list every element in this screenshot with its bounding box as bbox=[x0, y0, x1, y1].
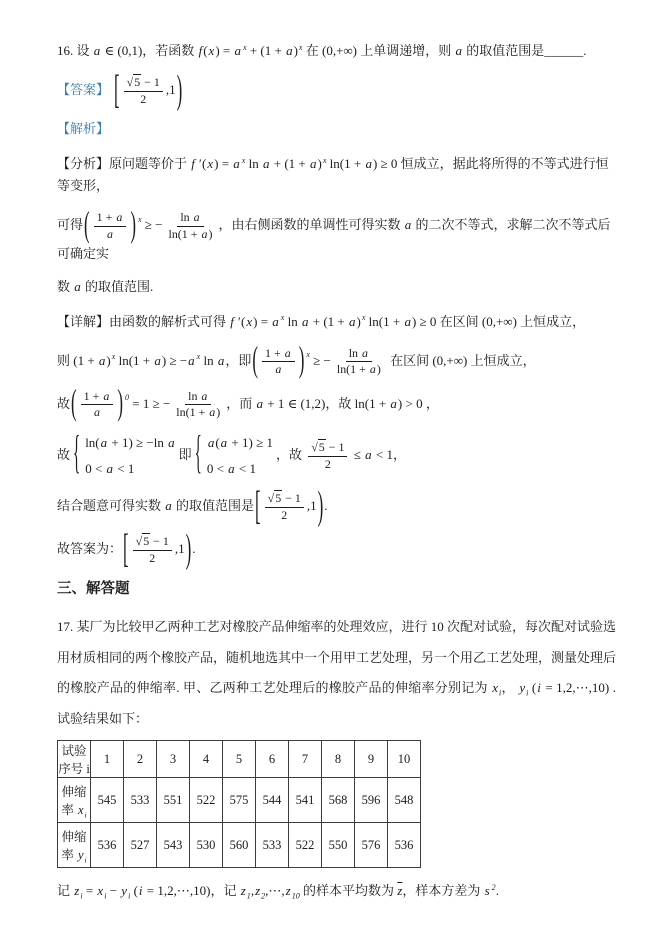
math-variable: a bbox=[232, 156, 241, 171]
text-run: ) ≥ 0 在区间 (0,+∞) 上恒成立， bbox=[412, 314, 585, 329]
big-delimiter: ( bbox=[251, 344, 259, 380]
math-variable: a bbox=[274, 362, 282, 376]
numerator: ln a bbox=[346, 346, 372, 363]
problem16-xiangjie-line1: 【详解】由函数的解析式可得 f ′(x) = ax ln a + (1 + a)… bbox=[57, 311, 616, 333]
text-run: − 1 bbox=[282, 491, 301, 505]
table-row-y: 伸缩率 yi 536527543530560533522550576536 bbox=[58, 823, 421, 868]
text-run: 在 (0,+∞) 上单调递增，则 bbox=[302, 43, 454, 58]
text-run: = 1 ≥ − bbox=[129, 396, 170, 411]
text-run: ln(1 + bbox=[176, 405, 208, 419]
document-page: 16. 设 a ∈ (0,1)，若函数 f(x) = ax + (1 + a)x… bbox=[0, 0, 660, 904]
table-cell: 551 bbox=[157, 778, 190, 823]
text-run: ) > 0 ， bbox=[398, 396, 439, 411]
table-cell: 4 bbox=[190, 741, 223, 778]
cases-rows: ln(a + 1) ≥ −ln a0 < a < 1 bbox=[85, 432, 175, 480]
radicand: 5 bbox=[142, 533, 150, 548]
text-run: ≥ − bbox=[310, 353, 331, 368]
math-variable: a bbox=[233, 43, 242, 58]
text-run: ) ≥ − bbox=[162, 353, 187, 368]
big-delimiter: ) bbox=[129, 209, 137, 245]
text-run: ) = bbox=[253, 314, 271, 329]
text-run: . bbox=[324, 498, 327, 513]
text-run: 的取值范围. bbox=[82, 279, 154, 294]
big-delimiter: ) bbox=[176, 71, 184, 112]
text-run: ，即 bbox=[225, 353, 251, 368]
table-cell: 544 bbox=[256, 778, 289, 823]
big-delimiter: [ bbox=[113, 71, 121, 112]
numerator: ln a bbox=[177, 210, 203, 227]
text-run: − 1 bbox=[150, 534, 169, 548]
table-cell: 536 bbox=[91, 823, 124, 868]
math-variable: a bbox=[220, 435, 229, 450]
math-variable: a bbox=[403, 314, 412, 329]
text-run: + (1 + bbox=[247, 43, 286, 58]
table-cell: 533 bbox=[124, 778, 157, 823]
subscript: i bbox=[85, 855, 87, 864]
brace-icon: { bbox=[195, 433, 202, 479]
fraction: √5 − 12 bbox=[308, 440, 347, 472]
fraction: 1 + aa bbox=[262, 346, 295, 378]
numerator: √5 − 1 bbox=[124, 75, 163, 92]
text-run: ，由右侧函数的单调性可得实数 bbox=[218, 217, 403, 232]
table-cell: 596 bbox=[355, 778, 388, 823]
table-cell: 1 bbox=[91, 741, 124, 778]
math-variable: x bbox=[77, 803, 85, 817]
table-cell: 545 bbox=[91, 778, 124, 823]
numerator: 1 + a bbox=[94, 210, 127, 227]
table-cell: 10 bbox=[388, 741, 421, 778]
text-run: ≤ bbox=[350, 447, 364, 462]
text-run: ln bbox=[284, 314, 301, 329]
problem16-fenxi-line1: 【分析】原问题等价于 f ′(x) = ax ln a + (1 + a)x l… bbox=[57, 153, 616, 197]
denominator: 2 bbox=[137, 92, 149, 108]
text-run: ln bbox=[349, 346, 361, 360]
text-run: 故 bbox=[57, 447, 70, 462]
radical: √5 bbox=[136, 533, 151, 548]
text-run: ,1 bbox=[166, 82, 176, 97]
text-run: ( bbox=[130, 883, 138, 898]
numerator: ln a bbox=[185, 389, 211, 406]
big-delimiter: ( bbox=[83, 209, 91, 245]
big-delimiter: [ bbox=[122, 530, 130, 571]
math-variable: a bbox=[389, 396, 398, 411]
math-variable: a bbox=[285, 43, 294, 58]
denominator: a bbox=[271, 362, 285, 378]
text-run: ，故 bbox=[276, 447, 305, 462]
denominator: a bbox=[90, 405, 104, 421]
text-run: ) bbox=[356, 314, 360, 329]
problem16-xiangjie-line3: 故(1 + aa)0 = 1 ≥ −ln aln(1 + a)，而 a + 1 … bbox=[57, 389, 616, 421]
math-variable: x bbox=[206, 156, 214, 171]
math-variable: a bbox=[73, 279, 82, 294]
math-variable: f ′ bbox=[190, 156, 202, 171]
table-header-row: 试验序号 i 12345678910 bbox=[58, 741, 421, 778]
fraction: √5 − 12 bbox=[265, 491, 304, 523]
radical: √5 bbox=[127, 74, 142, 89]
table-cell: 522 bbox=[190, 778, 223, 823]
big-delimiter: ) bbox=[185, 530, 193, 571]
text-run: 在区间 (0,+∞) 上恒成立， bbox=[387, 353, 536, 368]
denominator: ln(1 + a) bbox=[166, 227, 216, 243]
math-variable: a bbox=[153, 353, 162, 368]
math-variable: a bbox=[106, 227, 114, 241]
fraction: ln aln(1 + a) bbox=[334, 346, 384, 378]
table-cell: 3 bbox=[157, 741, 190, 778]
math-variable: a bbox=[200, 389, 208, 403]
text-run: 【分析】原问题等价于 bbox=[57, 156, 190, 171]
text-run: ) bbox=[317, 156, 321, 171]
text-run: ) bbox=[208, 227, 212, 241]
brace-icon: { bbox=[73, 433, 80, 479]
text-run: − 1 bbox=[141, 75, 160, 89]
table-cell: 527 bbox=[124, 823, 157, 868]
text-run: 1 + bbox=[265, 346, 284, 360]
math-variable: a bbox=[93, 405, 101, 419]
table-cell: 2 bbox=[124, 741, 157, 778]
text-run: ,⋯, bbox=[265, 883, 285, 898]
text-run: 1 + bbox=[97, 210, 116, 224]
math-variable: a bbox=[187, 353, 196, 368]
numerator: √5 − 1 bbox=[265, 491, 304, 508]
math-variable: a bbox=[256, 396, 265, 411]
text-run: + 1) ≥ 1 bbox=[228, 435, 273, 450]
subscript: i bbox=[85, 810, 87, 819]
text-run: + 1 ∈ (1,2)，故 ln(1 + bbox=[264, 396, 389, 411]
text-run: < 1， bbox=[373, 447, 406, 462]
math-variable: a bbox=[100, 435, 109, 450]
problem17-statement: 17. 某厂为比较甲乙两种工艺对橡胶产品伸缩率的处理效应，进行 10 次配对试验… bbox=[57, 612, 616, 734]
problem16-xiangjie-line6: 故答案为：[√5 − 12,1). bbox=[57, 534, 616, 566]
big-delimiter: ) bbox=[298, 344, 306, 380]
math-variable: a bbox=[455, 43, 464, 58]
math-variable: a bbox=[271, 314, 280, 329]
section-tag: 【解析】 bbox=[57, 121, 109, 136]
math-variable: a bbox=[115, 210, 123, 224]
text-run: ，样本方差为 bbox=[402, 883, 483, 898]
math-variable: a bbox=[227, 461, 236, 476]
math-variable: a bbox=[93, 43, 102, 58]
text-run: . bbox=[496, 883, 499, 898]
table-cell: 550 bbox=[322, 823, 355, 868]
text-run: = bbox=[83, 883, 97, 898]
math-variable: y bbox=[518, 680, 526, 695]
text-run: 试验序号 i bbox=[58, 744, 90, 776]
radical: √5 bbox=[268, 490, 283, 505]
text-run: − 1 bbox=[326, 440, 345, 454]
text-run: + (1 + bbox=[309, 314, 348, 329]
text-run: ,1 bbox=[307, 498, 317, 513]
text-run: 16. 设 bbox=[57, 43, 93, 58]
text-run: 即 bbox=[179, 447, 192, 462]
math-variable: a bbox=[364, 156, 373, 171]
table-cell: 522 bbox=[289, 823, 322, 868]
table-cell: 568 bbox=[322, 778, 355, 823]
text-run: ) = bbox=[214, 156, 232, 171]
radicand: 5 bbox=[274, 490, 282, 505]
text-run: 0 < bbox=[207, 461, 227, 476]
cases-system: {a(a + 1) ≥ 10 < a < 1 bbox=[195, 432, 273, 480]
text-run: . bbox=[192, 541, 195, 556]
text-run: ln bbox=[188, 389, 200, 403]
fraction: ln aln(1 + a) bbox=[173, 389, 223, 421]
numerator: √5 − 1 bbox=[308, 440, 347, 457]
table-row-x: 伸缩率 xi 545533551522575544541568596548 bbox=[58, 778, 421, 823]
text-run: 2 bbox=[325, 457, 331, 471]
math-variable: y bbox=[120, 883, 128, 898]
table-label-y: 伸缩率 yi bbox=[58, 823, 91, 868]
table-cell: 536 bbox=[388, 823, 421, 868]
text-run: ) bbox=[106, 353, 110, 368]
text-run: ( bbox=[528, 680, 536, 695]
text-run: ln(1 + bbox=[326, 156, 364, 171]
cases-system: {ln(a + 1) ≥ −ln a0 < a < 1 bbox=[73, 432, 176, 480]
numerator: 1 + a bbox=[81, 389, 114, 406]
table-cell: 543 bbox=[157, 823, 190, 868]
text-run: ) bbox=[294, 43, 298, 58]
math-variable: a bbox=[364, 447, 373, 462]
cases-row: 0 < a < 1 bbox=[85, 458, 175, 480]
text-run: ln(1 + bbox=[337, 362, 369, 376]
table-cell: 7 bbox=[289, 741, 322, 778]
text-run: 记 bbox=[57, 883, 73, 898]
text-run: = 1,2,⋯,10)，记 bbox=[144, 883, 240, 898]
problem16-fenxi-line2: 可得(1 + aa)x ≥ −ln aln(1 + a)，由右侧函数的单调性可得… bbox=[57, 210, 616, 264]
text-run: 可得 bbox=[57, 217, 83, 232]
results-table: 试验序号 i 12345678910 伸缩率 xi 54553355152257… bbox=[57, 740, 421, 868]
text-run: 的取值范围是______. bbox=[463, 43, 587, 58]
text-run: ( bbox=[203, 43, 207, 58]
table-cell: 5 bbox=[223, 741, 256, 778]
math-variable: z bbox=[240, 883, 247, 898]
fraction: 1 + aa bbox=[81, 389, 114, 421]
text-run: ln bbox=[245, 156, 262, 171]
math-variable: a bbox=[167, 435, 176, 450]
text-run: ， bbox=[501, 680, 518, 695]
text-run: ,1 bbox=[175, 541, 185, 556]
table-label-x: 伸缩率 xi bbox=[58, 778, 91, 823]
math-variable: a bbox=[369, 362, 377, 376]
text-run: 2 bbox=[149, 551, 155, 565]
text-run: ，而 bbox=[226, 396, 255, 411]
big-delimiter: ) bbox=[116, 387, 124, 423]
text-run: 2 bbox=[140, 92, 146, 106]
fraction: √5 − 12 bbox=[124, 75, 163, 107]
denominator: ln(1 + a) bbox=[334, 362, 384, 378]
cases-row: a(a + 1) ≥ 1 bbox=[207, 432, 273, 454]
table-cell: 9 bbox=[355, 741, 388, 778]
fraction: ln aln(1 + a) bbox=[166, 210, 216, 242]
text-run: 故 bbox=[57, 396, 70, 411]
text-run: + (1 + bbox=[270, 156, 309, 171]
text-run: 则 (1 + bbox=[57, 353, 98, 368]
table-cell: 575 bbox=[223, 778, 256, 823]
text-run: ) bbox=[216, 405, 220, 419]
fraction: √5 − 12 bbox=[133, 534, 172, 566]
text-run: 0 < bbox=[85, 461, 105, 476]
problem16-xiangjie-line5: 结合题意可得实数 a 的取值范围是[√5 − 12,1). bbox=[57, 491, 616, 523]
table-cell: 541 bbox=[289, 778, 322, 823]
text-run: < 1 bbox=[114, 461, 134, 476]
table-cell: 8 bbox=[322, 741, 355, 778]
problem16-fenxi-line3: 数 a 的取值范围. bbox=[57, 276, 616, 298]
table-label-serial: 试验序号 i bbox=[58, 741, 91, 778]
big-delimiter: ) bbox=[317, 487, 325, 528]
text-run: ln(1 + bbox=[115, 353, 153, 368]
numerator: √5 − 1 bbox=[133, 534, 172, 551]
section-tag: 【答案】 bbox=[57, 82, 109, 97]
table-cell: 560 bbox=[223, 823, 256, 868]
table-cell: 548 bbox=[388, 778, 421, 823]
text-run: ) = bbox=[215, 43, 233, 58]
math-variable: z bbox=[285, 883, 292, 898]
text-run: ≥ − bbox=[142, 217, 163, 232]
text-run: 的样本平均数为 bbox=[300, 883, 398, 898]
fraction: 1 + aa bbox=[94, 210, 127, 242]
math-variable: a bbox=[102, 389, 110, 403]
big-delimiter: ( bbox=[70, 387, 78, 423]
math-variable: a bbox=[361, 346, 369, 360]
table-cell: 6 bbox=[256, 741, 289, 778]
text-run: ) bbox=[377, 362, 381, 376]
problem17-note: 记 zi = xi − yi (i = 1,2,⋯,10)，记 z1,z2,⋯,… bbox=[57, 880, 616, 903]
text-run: ln(1 + bbox=[169, 227, 201, 241]
text-run: ln bbox=[180, 210, 192, 224]
math-variable: f ′ bbox=[229, 314, 241, 329]
text-run: + 1) ≥ −ln bbox=[108, 435, 167, 450]
math-variable: a bbox=[106, 461, 115, 476]
text-run: ln( bbox=[85, 435, 99, 450]
text-run: 结合题意可得实数 bbox=[57, 498, 164, 513]
table-cell: 576 bbox=[355, 823, 388, 868]
text-run: 2 bbox=[281, 508, 287, 522]
math-variable: a bbox=[284, 346, 292, 360]
text-run: − bbox=[106, 883, 120, 898]
math-variable: s bbox=[484, 883, 491, 898]
section3-heading: 三、解答题 bbox=[57, 577, 616, 598]
problem16-xiangjie-line2: 则 (1 + a)x ln(1 + a) ≥ −ax ln a，即(1 + aa… bbox=[57, 346, 616, 378]
denominator: 2 bbox=[146, 551, 158, 567]
text-run: 的取值范围是 bbox=[173, 498, 254, 513]
big-delimiter: [ bbox=[254, 487, 262, 528]
radicand: 5 bbox=[133, 74, 141, 89]
denominator: 2 bbox=[278, 508, 290, 524]
problem16-statement: 16. 设 a ∈ (0,1)，若函数 f(x) = ax + (1 + a)x… bbox=[57, 40, 616, 62]
cases-row: ln(a + 1) ≥ −ln a bbox=[85, 432, 175, 454]
numerator: 1 + a bbox=[262, 346, 295, 363]
radical-sign: √ bbox=[311, 440, 318, 454]
denominator: ln(1 + a) bbox=[173, 405, 223, 421]
math-variable: y bbox=[77, 848, 85, 862]
table-cell: 533 bbox=[256, 823, 289, 868]
subscript: 10 bbox=[292, 892, 300, 901]
text-run: 【详解】由函数的解析式可得 bbox=[57, 314, 229, 329]
text-run: ln bbox=[200, 353, 217, 368]
text-run: ln(1 + bbox=[365, 314, 403, 329]
problem16-xiangjie-line4: 故{ln(a + 1) ≥ −ln a0 < a < 1即{a(a + 1) ≥… bbox=[57, 432, 616, 480]
text-run: 故答案为： bbox=[57, 541, 122, 556]
text-run: ∈ (0,1)，若函数 bbox=[101, 43, 197, 58]
text-run: < 1 bbox=[236, 461, 256, 476]
math-variable: a bbox=[164, 498, 173, 513]
text-run: 数 bbox=[57, 279, 73, 294]
cases-rows: a(a + 1) ≥ 10 < a < 1 bbox=[207, 432, 273, 480]
problem16-jiexi-label: 【解析】 bbox=[57, 118, 616, 140]
table-cell: 530 bbox=[190, 823, 223, 868]
text-run: 1 + bbox=[84, 389, 103, 403]
denominator: a bbox=[103, 227, 117, 243]
math-variable: a bbox=[193, 210, 201, 224]
math-variable: a bbox=[404, 217, 413, 232]
radicand: 5 bbox=[318, 439, 326, 454]
problem16-answer-line: 【答案】[√5 − 12,1) bbox=[57, 75, 616, 107]
cases-row: 0 < a < 1 bbox=[207, 458, 273, 480]
math-variable: x bbox=[491, 680, 499, 695]
radical: √5 bbox=[311, 439, 326, 454]
math-variable: x bbox=[245, 314, 253, 329]
denominator: 2 bbox=[322, 457, 334, 473]
